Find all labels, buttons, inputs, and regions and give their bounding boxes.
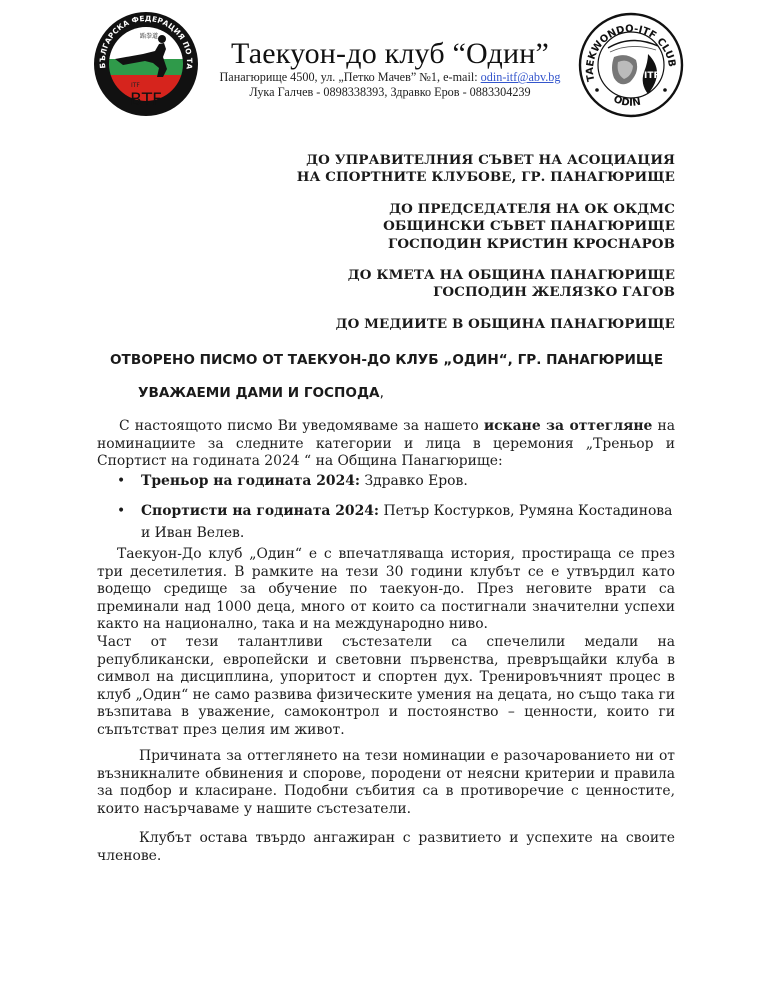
reason-paragraph: Причината за оттеглянето на тези номинац…: [97, 748, 675, 818]
history-paragraph: Таекуон-До клуб „Один“ е с впечатляваща …: [97, 546, 675, 634]
svg-text:ITF: ITF: [131, 82, 140, 89]
commitment-paragraph: Клубът остава твърдо ангажиран с развити…: [97, 830, 675, 865]
nomination-label: Спортисти на годината 2024:: [141, 503, 379, 519]
nomination-value: Здравко Еров.: [360, 473, 468, 489]
withdrawal-request-emphasis: искане за оттегляне: [484, 418, 653, 434]
addressee-line: ГОСПОДИН КРИСТИН КРОСНАРОВ: [297, 236, 675, 253]
nomination-athletes: • Спортисти на годината 2024: Петър Кост…: [117, 500, 677, 544]
salutation-text: УВАЖАЕМИ ДАМИ И ГОСПОДА: [138, 385, 380, 401]
addressee-line: ДО КМЕТА НА ОБЩИНА ПАНАГЮРИЩЕ: [297, 267, 675, 284]
addressee-line: ГОСПОДИН ЖЕЛЯЗКО ГАГОВ: [297, 284, 675, 301]
nominations-list: • Треньор на годината 2024: Здравко Еров…: [117, 470, 677, 552]
odin-logo-icon: TAEKWONDO-ITF CLUB ODIN ITF: [578, 12, 684, 118]
btf-federation-logo: БЪЛГАРСКА ФЕДЕРАЦИЯ ПО ТАЕКУОН-ДО 跆拳道 IT…: [93, 11, 199, 117]
addressees: ДО УПРАВИТЕЛНИЯ СЪВЕТ НА АСОЦИАЦИЯ НА СП…: [297, 152, 675, 347]
salutation: УВАЖАЕМИ ДАМИ И ГОСПОДА,: [138, 385, 384, 401]
club-name: Таекуон-до клуб “Один”: [205, 38, 575, 70]
club-address: Панагюрище 4500, ул. „Петко Мачев” №1, e…: [205, 70, 575, 85]
addressee-line: ОБЩИНСКИ СЪВЕТ ПАНАГЮРИЩЕ: [297, 218, 675, 235]
achievements-paragraph: Част от тези талантливи състезатели са с…: [97, 634, 675, 740]
odin-club-logo: TAEKWONDO-ITF CLUB ODIN ITF: [578, 12, 684, 118]
addressee-media: ДО МЕДИИТЕ В ОБЩИНА ПАНАГЮРИЩЕ: [297, 316, 675, 333]
club-contacts: Лука Галчев - 0898338393, Здравко Еров -…: [205, 85, 575, 100]
addressee-line: ДО МЕДИИТЕ В ОБЩИНА ПАНАГЮРИЩЕ: [297, 316, 675, 333]
address-text: Панагюрище 4500, ул. „Петко Мачев” №1, e…: [219, 70, 480, 84]
svg-text:BTF: BTF: [130, 90, 162, 110]
nomination-coach: • Треньор на годината 2024: Здравко Еров…: [117, 470, 677, 492]
svg-text:ITF: ITF: [644, 71, 660, 81]
salutation-punct: ,: [380, 385, 384, 401]
email-link[interactable]: odin-itf@abv.bg: [481, 70, 561, 84]
intro-before: С настоящото писмо Ви уведомяваме за наш…: [119, 418, 484, 434]
bullet-icon: •: [117, 500, 125, 522]
club-info: Таекуон-до клуб “Один” Панагюрище 4500, …: [205, 38, 575, 100]
addressee-association: ДО УПРАВИТЕЛНИЯ СЪВЕТ НА АСОЦИАЦИЯ НА СП…: [297, 152, 675, 187]
bullet-icon: •: [117, 470, 125, 492]
addressee-chairman: ДО ПРЕДСЕДАТЕЛЯ НА ОК ОКДМС ОБЩИНСКИ СЪВ…: [297, 201, 675, 253]
addressee-mayor: ДО КМЕТА НА ОБЩИНА ПАНАГЮРИЩЕ ГОСПОДИН Ж…: [297, 267, 675, 302]
intro-paragraph: С настоящото писмо Ви уведомяваме за наш…: [97, 418, 675, 471]
addressee-line: НА СПОРТНИТЕ КЛУБОВЕ, ГР. ПАНАГЮРИЩЕ: [297, 169, 675, 186]
nomination-label: Треньор на годината 2024:: [141, 473, 360, 489]
addressee-line: ДО ПРЕДСЕДАТЕЛЯ НА ОК ОКДМС: [297, 201, 675, 218]
letter-title: ОТВОРЕНО ПИСМО ОТ ТАЕКУОН-ДО КЛУБ „ОДИН“…: [110, 352, 670, 368]
addressee-line: ДО УПРАВИТЕЛНИЯ СЪВЕТ НА АСОЦИАЦИЯ: [297, 152, 675, 169]
letterhead: БЪЛГАРСКА ФЕДЕРАЦИЯ ПО ТАЕКУОН-ДО 跆拳道 IT…: [0, 0, 773, 130]
svg-text:跆拳道: 跆拳道: [140, 32, 158, 40]
btf-logo-icon: БЪЛГАРСКА ФЕДЕРАЦИЯ ПО ТАЕКУОН-ДО 跆拳道 IT…: [93, 11, 199, 117]
